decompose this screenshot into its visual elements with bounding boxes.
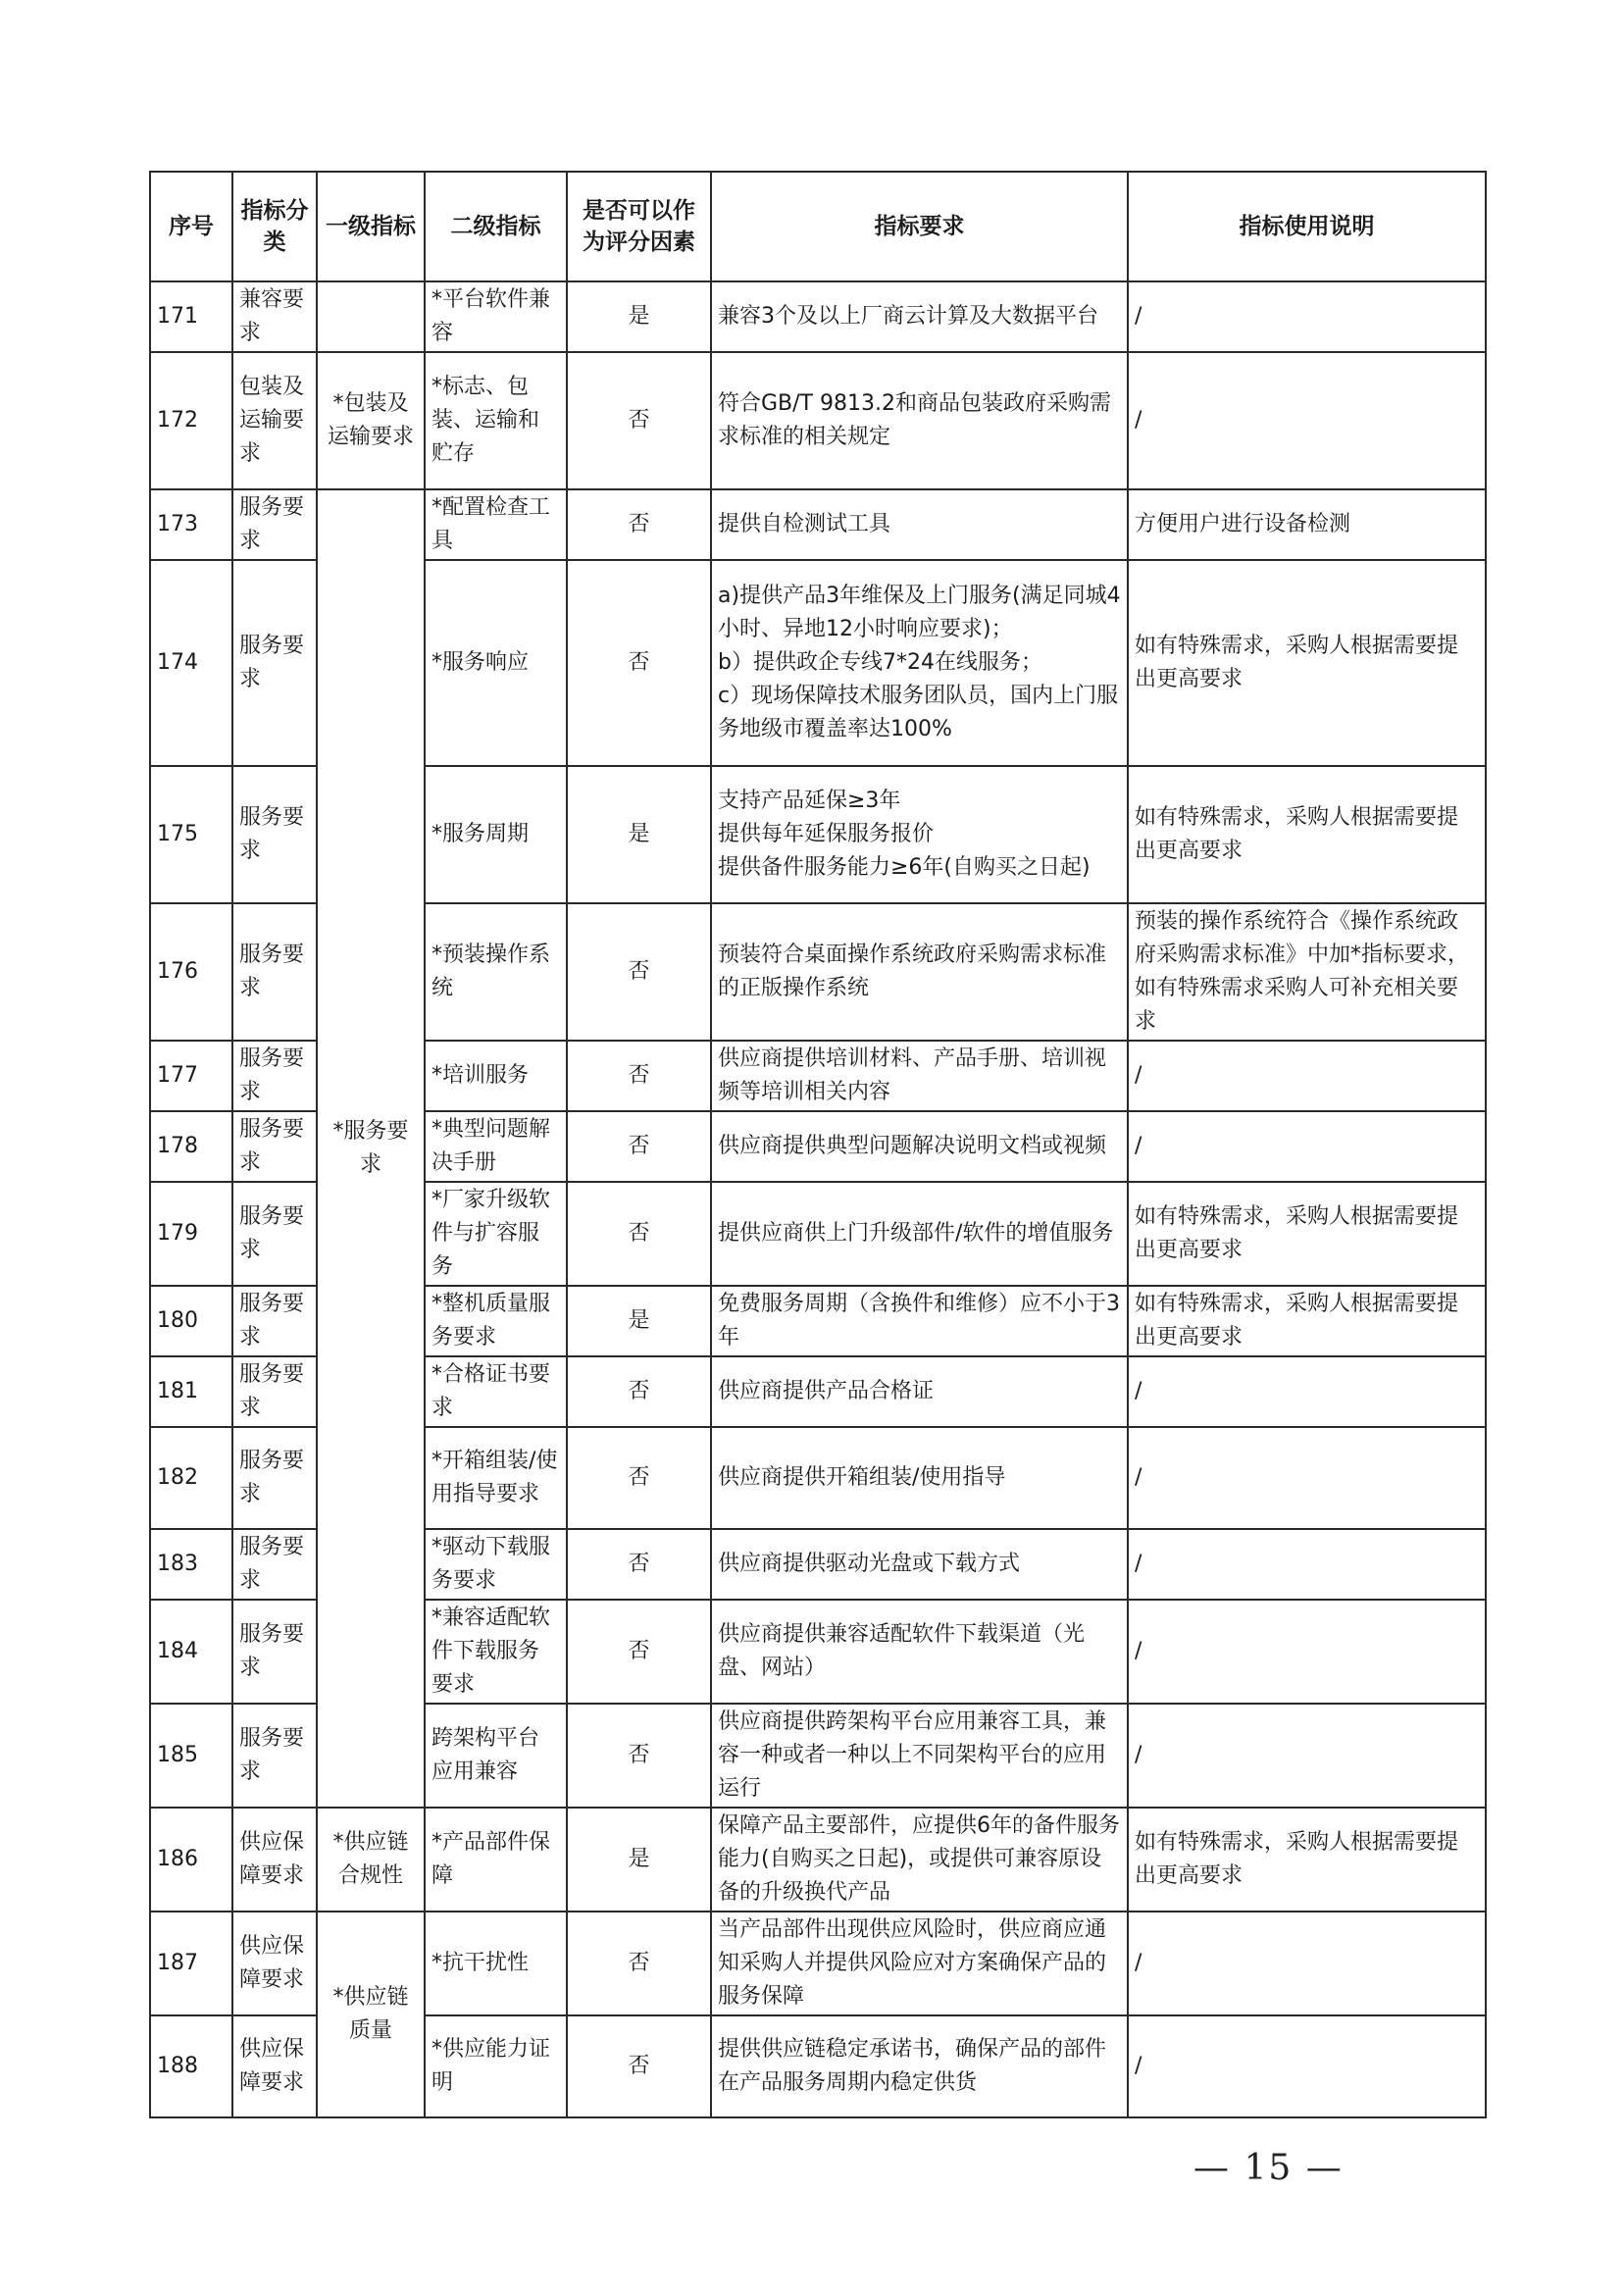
row-number: 176 — [150, 903, 232, 1041]
row-usage-note: 方便用户进行设备检测 — [1128, 489, 1486, 560]
row-number: 187 — [150, 1912, 232, 2015]
row-scoring: 是 — [567, 281, 711, 352]
row-category: 服务要求 — [232, 560, 317, 766]
row-usage-note: / — [1128, 281, 1486, 352]
row-level2: *整机质量服务要求 — [425, 1286, 567, 1356]
requirement-line: 供应商提供兼容适配软件下载渠道（光盘、网站） — [718, 1618, 1121, 1685]
row-usage-note: / — [1128, 1704, 1486, 1808]
row-requirement: 提供自检测试工具 — [711, 489, 1128, 560]
row-category: 服务要求 — [232, 903, 317, 1041]
table-row: 172 包装及运输要求 *包装及运输要求 *标志、包装、运输和贮存 否 符合GB… — [150, 352, 1486, 489]
row-usage-note: / — [1128, 1600, 1486, 1704]
requirement-line: 提供供应链稳定承诺书，确保产品的部件在产品服务周期内稳定供货 — [718, 2033, 1121, 2100]
row-usage-note: / — [1128, 352, 1486, 489]
row-requirement: 免费服务周期（含换件和维修）应不小于3年 — [711, 1286, 1128, 1356]
row-level1-merged: *服务要求 — [317, 489, 425, 1808]
row-usage-note: 如有特殊需求，采购人根据需要提出更高要求 — [1128, 1286, 1486, 1356]
requirement-line: 提供自检测试工具 — [718, 508, 1121, 541]
row-usage-note: / — [1128, 1427, 1486, 1529]
row-requirement: 供应商提供培训材料、产品手册、培训视频等培训相关内容 — [711, 1041, 1128, 1111]
table-row: 171 兼容要求 *平台软件兼容 是 兼容3个及以上厂商云计算及大数据平台 / — [150, 281, 1486, 352]
requirement-line: 提供每年延保服务报价 — [718, 818, 1121, 851]
row-requirement: 当产品部件出现供应风险时，供应商应通知采购人并提供风险应对方案确保产品的服务保障 — [711, 1912, 1128, 2015]
row-level2: 跨架构平台应用兼容 — [425, 1704, 567, 1808]
header-level1: 一级指标 — [317, 172, 425, 281]
row-number: 180 — [150, 1286, 232, 1356]
row-category: 服务要求 — [232, 1356, 317, 1427]
row-level2: *供应能力证明 — [425, 2015, 567, 2117]
row-level2: *合格证书要求 — [425, 1356, 567, 1427]
row-level2: *平台软件兼容 — [425, 281, 567, 352]
row-level2: *产品部件保障 — [425, 1808, 567, 1912]
row-number: 183 — [150, 1529, 232, 1600]
requirement-line: 当产品部件出现供应风险时，供应商应通知采购人并提供风险应对方案确保产品的服务保障 — [718, 1913, 1121, 2014]
row-level2: *抗干扰性 — [425, 1912, 567, 2015]
header-category: 指标分类 — [232, 172, 317, 281]
row-level1-merged: *供应链质量 — [317, 1912, 425, 2117]
row-usage-note: 如有特殊需求，采购人根据需要提出更高要求 — [1128, 1808, 1486, 1912]
row-scoring: 否 — [567, 352, 711, 489]
row-level2: *服务周期 — [425, 766, 567, 903]
row-category: 服务要求 — [232, 1427, 317, 1529]
row-number: 172 — [150, 352, 232, 489]
row-level2: *培训服务 — [425, 1041, 567, 1111]
row-requirement: a)提供产品3年维保及上门服务(满足同城4小时、异地12小时响应要求)； b）提… — [711, 560, 1128, 766]
row-scoring: 否 — [567, 1600, 711, 1704]
row-usage-note: 如有特殊需求，采购人根据需要提出更高要求 — [1128, 560, 1486, 766]
row-scoring: 是 — [567, 1808, 711, 1912]
requirement-line: 供应商提供典型问题解决说明文档或视频 — [718, 1130, 1121, 1163]
row-level2: *服务响应 — [425, 560, 567, 766]
row-category: 服务要求 — [232, 1041, 317, 1111]
requirement-line: 保障产品主要部件，应提供6年的备件服务能力(自购买之日起)，或提供可兼容原设备的… — [718, 1810, 1121, 1910]
row-requirement: 兼容3个及以上厂商云计算及大数据平台 — [711, 281, 1128, 352]
table-row: 186 供应保障要求 *供应链合规性 *产品部件保障 是 保障产品主要部件，应提… — [150, 1808, 1486, 1912]
row-number: 188 — [150, 2015, 232, 2117]
row-category: 服务要求 — [232, 1286, 317, 1356]
row-requirement: 支持产品延保≥3年 提供每年延保服务报价 提供备件服务能力≥6年(自购买之日起) — [711, 766, 1128, 903]
row-requirement: 提供应商供上门升级部件/软件的增值服务 — [711, 1182, 1128, 1286]
row-number: 178 — [150, 1111, 232, 1182]
row-level2: *典型问题解决手册 — [425, 1111, 567, 1182]
row-requirement: 保障产品主要部件，应提供6年的备件服务能力(自购买之日起)，或提供可兼容原设备的… — [711, 1808, 1128, 1912]
row-scoring: 否 — [567, 1529, 711, 1600]
row-level1: *供应链合规性 — [317, 1808, 425, 1912]
row-level2: *兼容适配软件下载服务要求 — [425, 1600, 567, 1704]
row-number: 175 — [150, 766, 232, 903]
row-scoring: 否 — [567, 1912, 711, 2015]
requirement-line: 供应商提供培训材料、产品手册、培训视频等培训相关内容 — [718, 1043, 1121, 1109]
header-usage-note: 指标使用说明 — [1128, 172, 1486, 281]
row-number: 173 — [150, 489, 232, 560]
row-scoring: 否 — [567, 1041, 711, 1111]
requirement-line: 供应商提供开箱组装/使用指导 — [718, 1461, 1121, 1495]
requirement-line: 支持产品延保≥3年 — [718, 785, 1121, 818]
row-level2: *标志、包装、运输和贮存 — [425, 352, 567, 489]
row-scoring: 否 — [567, 1182, 711, 1286]
row-category: 服务要求 — [232, 766, 317, 903]
requirement-line: 兼容3个及以上厂商云计算及大数据平台 — [718, 300, 1121, 333]
row-number: 174 — [150, 560, 232, 766]
row-category: 服务要求 — [232, 1182, 317, 1286]
row-usage-note: / — [1128, 1529, 1486, 1600]
row-requirement: 供应商提供开箱组装/使用指导 — [711, 1427, 1128, 1529]
row-number: 185 — [150, 1704, 232, 1808]
row-requirement: 供应商提供产品合格证 — [711, 1356, 1128, 1427]
row-requirement: 提供供应链稳定承诺书，确保产品的部件在产品服务周期内稳定供货 — [711, 2015, 1128, 2117]
row-scoring: 否 — [567, 1111, 711, 1182]
row-scoring: 否 — [567, 903, 711, 1041]
requirement-line: 供应商提供驱动光盘或下载方式 — [718, 1548, 1121, 1581]
requirement-line: 提供备件服务能力≥6年(自购买之日起) — [718, 851, 1121, 885]
row-level2: *厂家升级软件与扩容服务 — [425, 1182, 567, 1286]
row-number: 171 — [150, 281, 232, 352]
row-category: 供应保障要求 — [232, 1912, 317, 2015]
row-usage-note: 如有特殊需求，采购人根据需要提出更高要求 — [1128, 1182, 1486, 1286]
row-usage-note: / — [1128, 1356, 1486, 1427]
row-usage-note: 预装的操作系统符合《操作系统政府采购需求标准》中加*指标要求，如有特殊需求采购人… — [1128, 903, 1486, 1041]
indicator-table: 序号 指标分类 一级指标 二级指标 是否可以作为评分因素 指标要求 指标使用说明… — [149, 171, 1487, 2118]
row-category: 服务要求 — [232, 1529, 317, 1600]
row-level2: *开箱组装/使用指导要求 — [425, 1427, 567, 1529]
row-level1: *包装及运输要求 — [317, 352, 425, 489]
table-row: 173 服务要求 *服务要求 *配置检查工具 否 提供自检测试工具 方便用户进行… — [150, 489, 1486, 560]
requirement-line: 供应商提供产品合格证 — [718, 1375, 1121, 1408]
row-usage-note: 如有特殊需求，采购人根据需要提出更高要求 — [1128, 766, 1486, 903]
header-scoring: 是否可以作为评分因素 — [567, 172, 711, 281]
row-requirement: 供应商提供驱动光盘或下载方式 — [711, 1529, 1128, 1600]
row-category: 服务要求 — [232, 489, 317, 560]
row-requirement: 符合GB/T 9813.2和商品包装政府采购需求标准的相关规定 — [711, 352, 1128, 489]
row-level1 — [317, 281, 425, 352]
page-number: — 15 — — [1193, 2148, 1344, 2188]
requirement-line: 提供应商供上门升级部件/软件的增值服务 — [718, 1217, 1121, 1250]
row-usage-note: / — [1128, 1041, 1486, 1111]
header-level2: 二级指标 — [425, 172, 567, 281]
row-number: 177 — [150, 1041, 232, 1111]
row-scoring: 是 — [567, 766, 711, 903]
row-usage-note: / — [1128, 1912, 1486, 2015]
row-category: 包装及运输要求 — [232, 352, 317, 489]
row-number: 179 — [150, 1182, 232, 1286]
header-requirement: 指标要求 — [711, 172, 1128, 281]
row-scoring: 是 — [567, 1286, 711, 1356]
row-requirement: 供应商提供典型问题解决说明文档或视频 — [711, 1111, 1128, 1182]
row-number: 184 — [150, 1600, 232, 1704]
row-number: 182 — [150, 1427, 232, 1529]
row-usage-note: / — [1128, 2015, 1486, 2117]
row-level2: *配置检查工具 — [425, 489, 567, 560]
header-serial: 序号 — [150, 172, 232, 281]
requirement-line: 免费服务周期（含换件和维修）应不小于3年 — [718, 1288, 1121, 1354]
row-category: 服务要求 — [232, 1600, 317, 1704]
requirement-line: 符合GB/T 9813.2和商品包装政府采购需求标准的相关规定 — [718, 387, 1121, 454]
requirement-line: 预装符合桌面操作系统政府采购需求标准的正版操作系统 — [718, 939, 1121, 1005]
row-category: 兼容要求 — [232, 281, 317, 352]
row-scoring: 否 — [567, 1427, 711, 1529]
row-category: 供应保障要求 — [232, 2015, 317, 2117]
requirement-line: 供应商提供跨架构平台应用兼容工具，兼容一种或者一种以上不同架构平台的应用运行 — [718, 1706, 1121, 1806]
row-number: 186 — [150, 1808, 232, 1912]
row-scoring: 否 — [567, 489, 711, 560]
table-row: 187 供应保障要求 *供应链质量 *抗干扰性 否 当产品部件出现供应风险时，供… — [150, 1912, 1486, 2015]
requirement-line: b）提供政企专线7*24在线服务； — [718, 646, 1121, 680]
row-scoring: 否 — [567, 560, 711, 766]
row-level2: *驱动下载服务要求 — [425, 1529, 567, 1600]
row-scoring: 否 — [567, 1356, 711, 1427]
row-requirement: 供应商提供跨架构平台应用兼容工具，兼容一种或者一种以上不同架构平台的应用运行 — [711, 1704, 1128, 1808]
row-category: 供应保障要求 — [232, 1808, 317, 1912]
header-row: 序号 指标分类 一级指标 二级指标 是否可以作为评分因素 指标要求 指标使用说明 — [150, 172, 1486, 281]
requirement-line: a)提供产品3年维保及上门服务(满足同城4小时、异地12小时响应要求)； — [718, 580, 1121, 646]
requirement-line: c）现场保障技术服务团队员，国内上门服务地级市覆盖率达100% — [718, 680, 1121, 746]
row-scoring: 否 — [567, 2015, 711, 2117]
row-requirement: 预装符合桌面操作系统政府采购需求标准的正版操作系统 — [711, 903, 1128, 1041]
row-category: 服务要求 — [232, 1704, 317, 1808]
row-level2: *预装操作系统 — [425, 903, 567, 1041]
row-number: 181 — [150, 1356, 232, 1427]
row-usage-note: / — [1128, 1111, 1486, 1182]
row-requirement: 供应商提供兼容适配软件下载渠道（光盘、网站） — [711, 1600, 1128, 1704]
row-scoring: 否 — [567, 1704, 711, 1808]
row-category: 服务要求 — [232, 1111, 317, 1182]
